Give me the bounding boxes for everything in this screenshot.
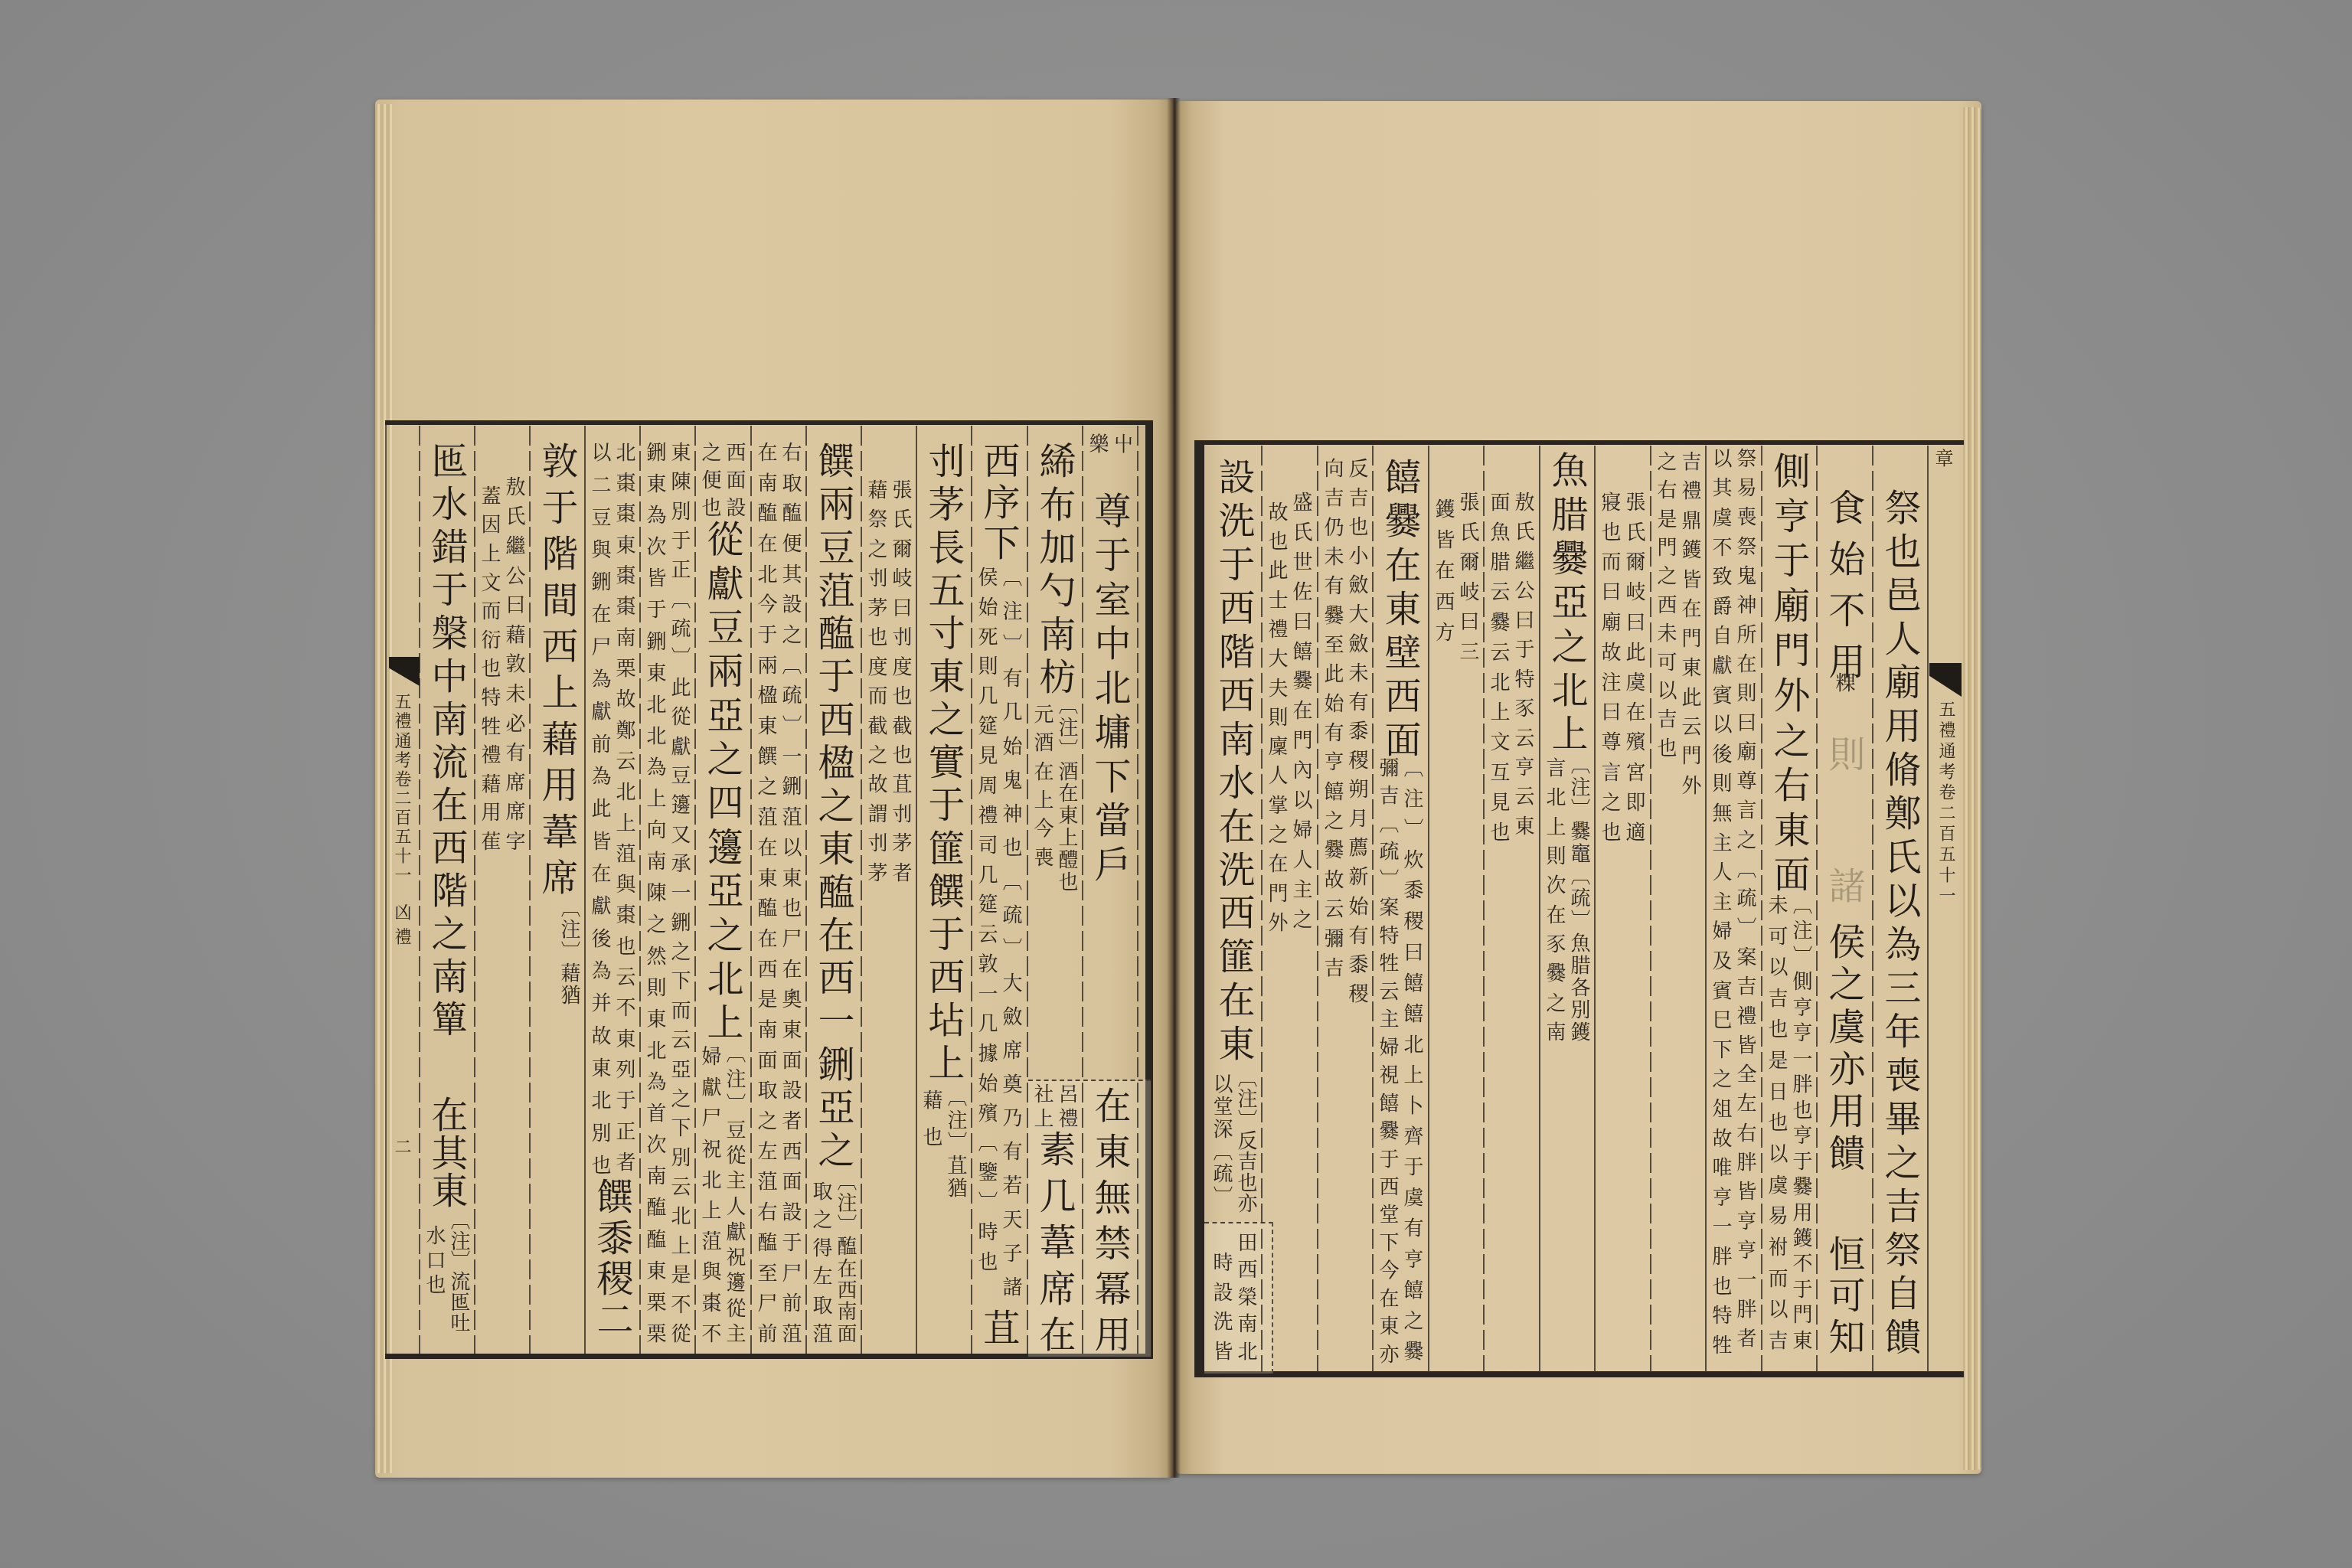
annotation-line-right: 〔注〕爨竈〔疏〕魚腊各別鑊 <box>1568 754 1589 1041</box>
annotation-line-right: 〔注〕藉猶 <box>558 897 580 1004</box>
main-text: 尊于室中北墉下當戶 <box>1090 492 1129 882</box>
annotation-line-left: 故也此士禮大夫則廩人掌之在門外 <box>1266 501 1287 932</box>
column-rule <box>419 426 420 1354</box>
annotation-line-right: 北棗棗東棗棗南栗故鄭云北上菹與棗也云不東列于正者 <box>613 442 635 1171</box>
column-rule <box>694 426 696 1354</box>
column-rule <box>529 426 531 1354</box>
column-rule <box>1927 446 1929 1372</box>
annotation-line-right: 張氏爾岐曰刌度也截也苴刌茅者 <box>890 479 911 882</box>
annotation-line-left: 彌吉〔疏〕案特牲云主婦視饎爨于西堂下今在東亦 <box>1377 757 1398 1364</box>
column-rule <box>861 426 862 1354</box>
annotation-line-left: 鉶東為次皆于鉶東北北為上向南陳之然則東北為首次南醢醢東栗栗 <box>644 442 665 1343</box>
column-rule <box>1082 426 1083 1354</box>
annotation-line-left: 未可以吉也是日也以虞易祔而以吉 <box>1766 894 1787 1350</box>
annotation-line-right: 東陳別于正〔疏〕此從獻豆籩又承一鉶之下而云亞之下別云北上是不從 <box>668 442 690 1343</box>
left-page-edge-stack <box>375 104 392 1473</box>
main-text: 匜水錯于槃中南流在西階之南簞 <box>427 442 465 1037</box>
annotation-line-right: 屮 <box>1111 433 1132 455</box>
main-text: 刌茅長五寸東之實于篚饌于西坫上 <box>924 442 962 1080</box>
annotation-line-right: 祭易喪祭鬼神所在則曰廟尊言之〔疏〕案吉禮皆全左右胖皆亨亨一胖者 <box>1734 448 1756 1347</box>
column-rule <box>474 426 475 1354</box>
annotation-line-right: 敖氏繼公曰于特豕云亨云東 <box>1512 492 1534 835</box>
column-rule <box>1372 446 1374 1372</box>
main-text: 饌黍稷二 <box>593 1178 631 1337</box>
annotation-line-center: 粿 <box>1833 672 1854 695</box>
annotation-line-right: 田西榮南北 <box>1235 1232 1256 1361</box>
annotation-line-right: 〔注〕豆從主人獻祝籩從主 <box>724 1043 745 1343</box>
annotation-line-left: 時設洗皆 <box>1210 1252 1232 1361</box>
main-text: 祭也邑人廟用脩鄭氏以為三年喪畢之吉祭自饋 <box>1880 488 1919 1354</box>
annotation-line-right: 呂禮 <box>1056 1083 1077 1128</box>
main-text: 饌兩豆菹醢于西楹之東醢在西一鉶亞之 <box>814 442 852 1168</box>
column-rule <box>1539 446 1540 1372</box>
book-gutter <box>1167 98 1181 1478</box>
column-rule <box>805 426 807 1354</box>
annotation-line-right: 〔注〕苴猶 <box>945 1086 966 1197</box>
annotation-line-left: 以其虞不致爵自獻賓以後則無主人主婦及賓巳下之俎故唯亨一胖也特牲 <box>1710 448 1731 1354</box>
main-text: 敦于階間西上藉用葦席 <box>537 442 576 895</box>
annotation-line-left: 水口也 <box>423 1225 445 1294</box>
main-text: 魚腊爨亞之北上 <box>1547 451 1586 751</box>
main-text: 從獻豆兩亞之四籩亞之北上 <box>703 520 741 1040</box>
annotation-line-left: 藉也 <box>920 1089 942 1146</box>
annotation-line-right: 〔注〕側亨亨一胖也亨于爨用鑊不于門東 <box>1790 894 1811 1350</box>
column-rule <box>1137 426 1138 1354</box>
annotation-line-right: 西面設 <box>724 442 745 517</box>
column-rule <box>750 426 752 1354</box>
annotation-line-right: 〔注〕醢在西南面 <box>835 1171 856 1343</box>
column-rule <box>1483 446 1485 1372</box>
left-strip-book-title: 五禮通考卷二百五十一 <box>391 693 411 883</box>
annotation-line-left: 在南醢在北今于兩楹東饌之菹在東醢在西是南面取之左菹右醢至尸前 <box>755 442 776 1343</box>
annotation-line-right: 張氏爾岐曰此虞在殯宮即適 <box>1623 492 1645 841</box>
annotation-line-left: 以二豆與鉶在尸為獻前為此皆在獻後為并故東北別也 <box>589 442 610 1174</box>
column-rule <box>1761 446 1762 1372</box>
column-rule <box>1594 446 1596 1372</box>
annotation-line-left: 寢也而曰廟故注曰尊言之也 <box>1599 492 1620 841</box>
annotation-line-left: 藉祭之刌茅也度而截之故謂刌茅 <box>865 479 887 882</box>
annotation-line-right: 〔注〕流匜吐 <box>448 1210 469 1332</box>
column-rule <box>1027 426 1028 1354</box>
column-rule <box>639 426 641 1354</box>
annotation-line-left: 面魚腊云爨云北上文互見也 <box>1488 492 1509 841</box>
annotation-line-right: 〔注〕反吉也亦 <box>1235 1067 1256 1213</box>
annotation-line-left: 元酒在上今喪 <box>1031 704 1053 867</box>
right-frame-bottom-border <box>1194 1371 1964 1377</box>
annotation-line-left: 婦獻尸祝北上菹與棗不 <box>699 1046 720 1343</box>
column-rule <box>1705 446 1707 1372</box>
main-text: 在東無禁冪用 <box>1090 1086 1129 1352</box>
main-text-worn: 則諸 <box>1824 735 1863 903</box>
main-text: 絺布加勺南枋 <box>1035 442 1073 694</box>
annotation-line-left: 鑊皆在西方 <box>1432 498 1454 642</box>
main-text: 素几葦席在 <box>1035 1130 1073 1352</box>
column-rule <box>1816 446 1818 1372</box>
column-rule <box>584 426 586 1354</box>
column-rule <box>971 426 972 1354</box>
main-text: 西序下 <box>979 442 1018 560</box>
main-text: 饎爨在東壁西面 <box>1380 458 1419 757</box>
annotation-line-right: 〔注〕炊黍稷曰饎饎北上卜齊于虞有亨饎之爨 <box>1401 757 1423 1361</box>
annotation-line-left: 之便也 <box>699 442 720 517</box>
annotation-line-left: 言北上則次在豕爨之南 <box>1543 757 1565 1041</box>
annotation-line-right: 盛氏世佐曰饎爨在門內以婦人主之 <box>1290 492 1312 929</box>
right-page-edge-stack <box>1963 107 1981 1470</box>
main-text: 食始不用 <box>1824 488 1863 679</box>
column-rule <box>1428 446 1429 1372</box>
left-frame-outer-line <box>385 420 387 1359</box>
annotation-line-right: 〔注〕有几始鬼神也〔疏〕大斂席奠乃有若天子諸 <box>1000 567 1021 1296</box>
column-rule <box>1261 446 1263 1372</box>
annotation-line-right: 張氏爾岐曰三 <box>1457 492 1478 661</box>
left-strip-section: 凶禮 <box>391 903 411 945</box>
annotation-line-right: 反吉也小斂大斂未有黍稷朔月薦新始有黍稷 <box>1346 458 1367 1003</box>
annotation-line-right: 敖氏繼公曰藉敦未必有席席字 <box>503 476 524 851</box>
column-rule <box>916 426 917 1354</box>
column-rule <box>1650 446 1651 1372</box>
left-frame-top-border <box>385 420 1153 425</box>
left-strip-leaf-number: 二 <box>391 1138 411 1158</box>
right-strip-header-mark: 章 <box>1932 449 1952 470</box>
right-strip-book-title: 五禮通考卷二百五十一 <box>1935 701 1955 903</box>
main-text: 側亨于廟門外之右東面 <box>1769 452 1808 892</box>
annotation-line-right: 右取醢便其設之〔疏〕一鉶菹以東也尸在奧東面設者西面設于尸前菹 <box>779 442 801 1343</box>
annotation-line-left: 侯始死則几筵見周禮司几筵云敦一几據始殯〔鑒〕時也 <box>975 567 997 1271</box>
annotation-line-left: 蓋因上文而衍也特牲禮藉用萑 <box>479 485 500 851</box>
column-rule <box>1872 446 1873 1372</box>
main-text: 恒可知 <box>1824 1235 1863 1354</box>
right-frame-top-border <box>1194 440 1964 445</box>
annotation-line-right: 吉禮鼎鑊皆在門東此云門外 <box>1679 451 1700 795</box>
right-frame-left-border <box>1194 440 1204 1377</box>
annotation-line-right: 〔注〕酒在東上醴也 <box>1056 694 1077 891</box>
main-text: 苴 <box>979 1308 1018 1352</box>
annotation-line-left: 之右是門之西未可以吉也 <box>1655 451 1676 757</box>
annotation-line-left: 以堂深〔疏〕 <box>1210 1073 1232 1206</box>
annotation-line-left: 社上 <box>1031 1083 1053 1128</box>
main-text: 侯之虞亦用饋 <box>1824 923 1863 1171</box>
annotation-line-left: 向吉仍未有爨至此始有亨饎之爨故云彌吉 <box>1321 458 1343 977</box>
annotation-line-left: 樂 <box>1086 433 1108 455</box>
column-rule <box>1317 446 1318 1372</box>
main-text: 在其東 <box>427 1096 465 1208</box>
main-text: 設洗于西階西南水在洗西篚在東 <box>1214 458 1253 1061</box>
annotation-line-left: 取之得左取菹 <box>810 1181 831 1343</box>
